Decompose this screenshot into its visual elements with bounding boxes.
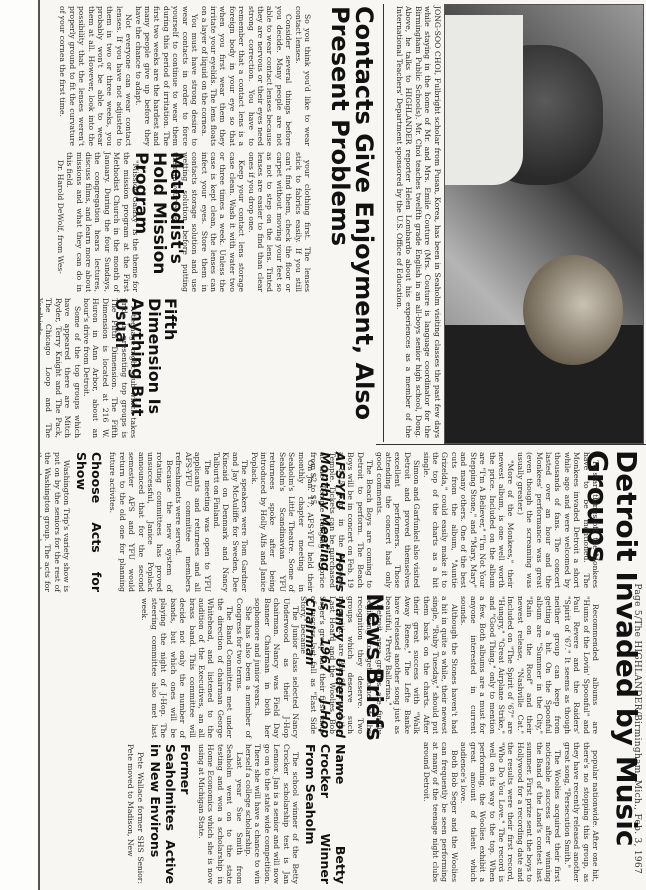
music-col-1: To start things off, the Monkees have to…	[392, 452, 600, 588]
betty-paragraph: Last year Sue Smith from Seaholm went on…	[197, 744, 244, 884]
photo-caption: JONG-SOO CHOI, Fulbright scholar from Pu…	[394, 6, 442, 438]
afs-column: AFS-YFU Holds Monthly Meeting On Jan. 17…	[42, 452, 352, 592]
music-paragraph: popular nationwide. After one hit, there…	[562, 742, 600, 882]
music-paragraph: To start things off, the Monkees have to…	[515, 452, 600, 588]
contacts-paragraph: Not everyone can wear contact lenses. If…	[58, 6, 133, 146]
methodist-body: "Mission Galaxy" is the theme for the mi…	[44, 152, 140, 292]
music-paragraph: The Woolies acquired their first noticea…	[459, 742, 562, 882]
fifth-dimension-body: A teenage night club which takes pride i…	[44, 298, 138, 438]
afs-paragraph: Because the new system of rotating commi…	[108, 452, 174, 592]
afs-paragraph: On Jan. 17, AFS-YFU held their monthly c…	[249, 452, 315, 592]
music-col-3: popular nationwide. After one hit, there…	[392, 742, 600, 882]
rotated-page: Page 5/The HIGHLANDER/Birmingham, Mich.,…	[0, 0, 646, 890]
column-rule	[376, 444, 646, 445]
contacts-paragraph: Consider several things before you decid…	[199, 6, 293, 146]
methodist-paragraph: Dr. Harold DeWolf, from Wes-	[55, 152, 64, 292]
methodist-paragraph: "Mission Galaxy" is the theme for the mi…	[65, 152, 140, 292]
photo-choi	[444, 4, 644, 444]
nancy-paragraph: The Junior class selected Nancy Underwoo…	[253, 598, 300, 738]
photo-figure-head	[523, 255, 623, 365]
afs-headline: AFS-YFU Holds Monthly Meeting	[318, 452, 348, 592]
afs-paragraph: The meeting was open to YFU applicants a…	[174, 452, 212, 592]
betty-column: Name Betty Crocker Winner From Seaholm T…	[42, 744, 352, 884]
contacts-paragraph: So you think you'd like to wear contact …	[293, 6, 312, 146]
news-briefs-title: News Briefs	[362, 452, 384, 882]
contacts-paragraph: your clothing first. The lenses stick to…	[246, 152, 312, 292]
nancy-headline: Nancy Underwood Is 1967 J-Hop Chairman	[303, 598, 348, 738]
caption-name: JONG-SOO CHOI,	[433, 6, 442, 75]
former-headline: Former Seaholmites Active in New Environ…	[148, 744, 193, 884]
contacts-paragraph: You must have strong desire to wear cont…	[133, 6, 199, 146]
nancy-paragraph: She has also been a member of Congress f…	[234, 598, 253, 738]
photo-student-shirt	[445, 15, 523, 185]
contacts-col-2: your clothing first. The lenses stick to…	[188, 152, 312, 292]
section-rule	[383, 4, 384, 442]
former-paragraph: Pete Wallace former SHS Senior: Pete mov…	[126, 744, 145, 884]
music-paragraph: Recommended albums are "Hums of the Lovi…	[459, 596, 600, 734]
nancy-column: Nancy Underwood Is 1967 J-Hop Chairman T…	[42, 598, 352, 738]
music-paragraph: Both Bob Seger and the Woolies can frequ…	[421, 742, 459, 882]
acts-headline: Choose Acts for Show	[74, 452, 104, 592]
music-col-2: Recommended albums are "Hums of the Lovi…	[392, 596, 600, 734]
page-bottom-edge	[0, 0, 40, 890]
betty-paragraph: The school winner of the Betty Crocker s…	[244, 744, 300, 884]
fifth-paragraph: Some of the top groups which have appear…	[35, 298, 82, 438]
contacts-headline: Contacts Give Enjoyment, Also Present Pr…	[327, 6, 376, 438]
betty-headline: Name Betty Crocker Winner From Seaholm	[303, 744, 348, 884]
nancy-paragraph: The Band Committee met under the directi…	[140, 598, 234, 738]
contacts-col-1: So you think you'd like to wear contact …	[44, 6, 312, 146]
afs-paragraph: The speakers were Tom Gardner and Jay Mc…	[212, 452, 250, 592]
newspaper-page: Page 5/The HIGHLANDER/Birmingham, Mich.,…	[40, 0, 646, 890]
music-paragraph: Although the Stones haven't had a hit in…	[384, 596, 459, 734]
music-paragraph: "More of the Monkees," their newest albu…	[421, 452, 515, 588]
fifth-paragraph: A teenage night club which takes pride i…	[82, 298, 138, 438]
